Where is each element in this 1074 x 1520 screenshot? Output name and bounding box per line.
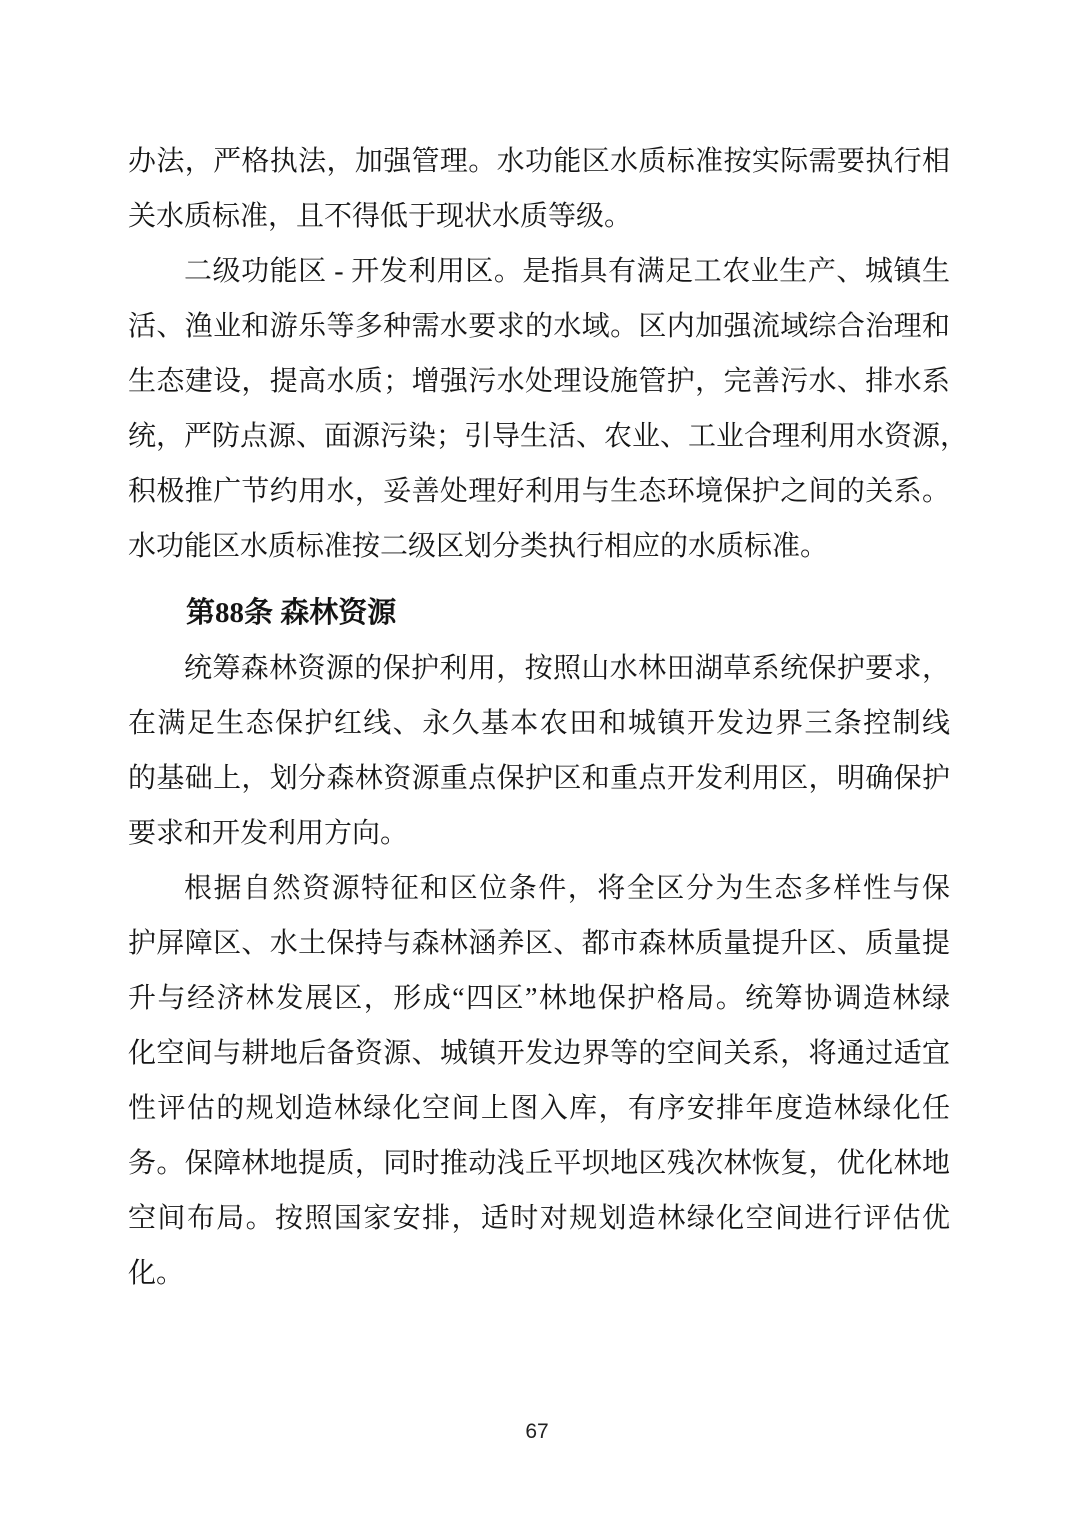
document-body: 办法，严格执法，加强管理。水功能区水质标准按实际需要执行相关水质标准，且不得低于… (128, 134, 950, 1301)
text-line: 在满足生态保护红线、永久基本农田和城镇开发边界三条控制线 (128, 696, 950, 751)
paragraph: 二级功能区 - 开发利用区。是指具有满足工农业生产、城镇生活、渔业和游乐等多种需… (128, 244, 950, 574)
text-line: 生态建设，提高水质；增强污水处理设施管护，完善污水、排水系 (128, 354, 950, 409)
page-number: 67 (525, 1420, 548, 1443)
text-line: 统，严防点源、面源污染；引导生活、农业、工业合理利用水资源， (128, 409, 950, 464)
text-line: 化空间与耕地后备资源、城镇开发边界等的空间关系，将通过适宜 (128, 1026, 950, 1081)
text-line: 化。 (128, 1246, 950, 1301)
paragraph: 办法，严格执法，加强管理。水功能区水质标准按实际需要执行相关水质标准，且不得低于… (128, 134, 950, 244)
section-heading: 第88条 森林资源 (128, 586, 950, 641)
text-line: 的基础上，划分森林资源重点保护区和重点开发利用区，明确保护 (128, 751, 950, 806)
text-line: 关水质标准，且不得低于现状水质等级。 (128, 189, 950, 244)
paragraph: 根据自然资源特征和区位条件，将全区分为生态多样性与保护屏障区、水土保持与森林涵养… (128, 861, 950, 1301)
text-line: 活、渔业和游乐等多种需水要求的水域。区内加强流域综合治理和 (128, 299, 950, 354)
text-line: 统筹森林资源的保护利用，按照山水林田湖草系统保护要求， (128, 641, 950, 696)
paragraph: 统筹森林资源的保护利用，按照山水林田湖草系统保护要求，在满足生态保护红线、永久基… (128, 641, 950, 861)
text-line: 水功能区水质标准按二级区划分类执行相应的水质标准。 (128, 519, 950, 574)
text-line: 空间布局。按照国家安排，适时对规划造林绿化空间进行评估优 (128, 1191, 950, 1246)
page-footer: 67 (0, 1420, 1074, 1444)
text-line: 性评估的规划造林绿化空间上图入库，有序安排年度造林绿化任 (128, 1081, 950, 1136)
text-line: 要求和开发利用方向。 (128, 806, 950, 861)
text-line: 积极推广节约用水，妥善处理好利用与生态环境保护之间的关系。 (128, 464, 950, 519)
text-line: 务。保障林地提质，同时推动浅丘平坝地区残次林恢复，优化林地 (128, 1136, 950, 1191)
text-line: 升与经济林发展区，形成“四区”林地保护格局。统筹协调造林绿 (128, 971, 950, 1026)
text-line: 办法，严格执法，加强管理。水功能区水质标准按实际需要执行相 (128, 134, 950, 189)
text-line: 根据自然资源特征和区位条件，将全区分为生态多样性与保 (128, 861, 950, 916)
text-line: 二级功能区 - 开发利用区。是指具有满足工农业生产、城镇生 (128, 244, 950, 299)
text-line: 护屏障区、水土保持与森林涵养区、都市森林质量提升区、质量提 (128, 916, 950, 971)
